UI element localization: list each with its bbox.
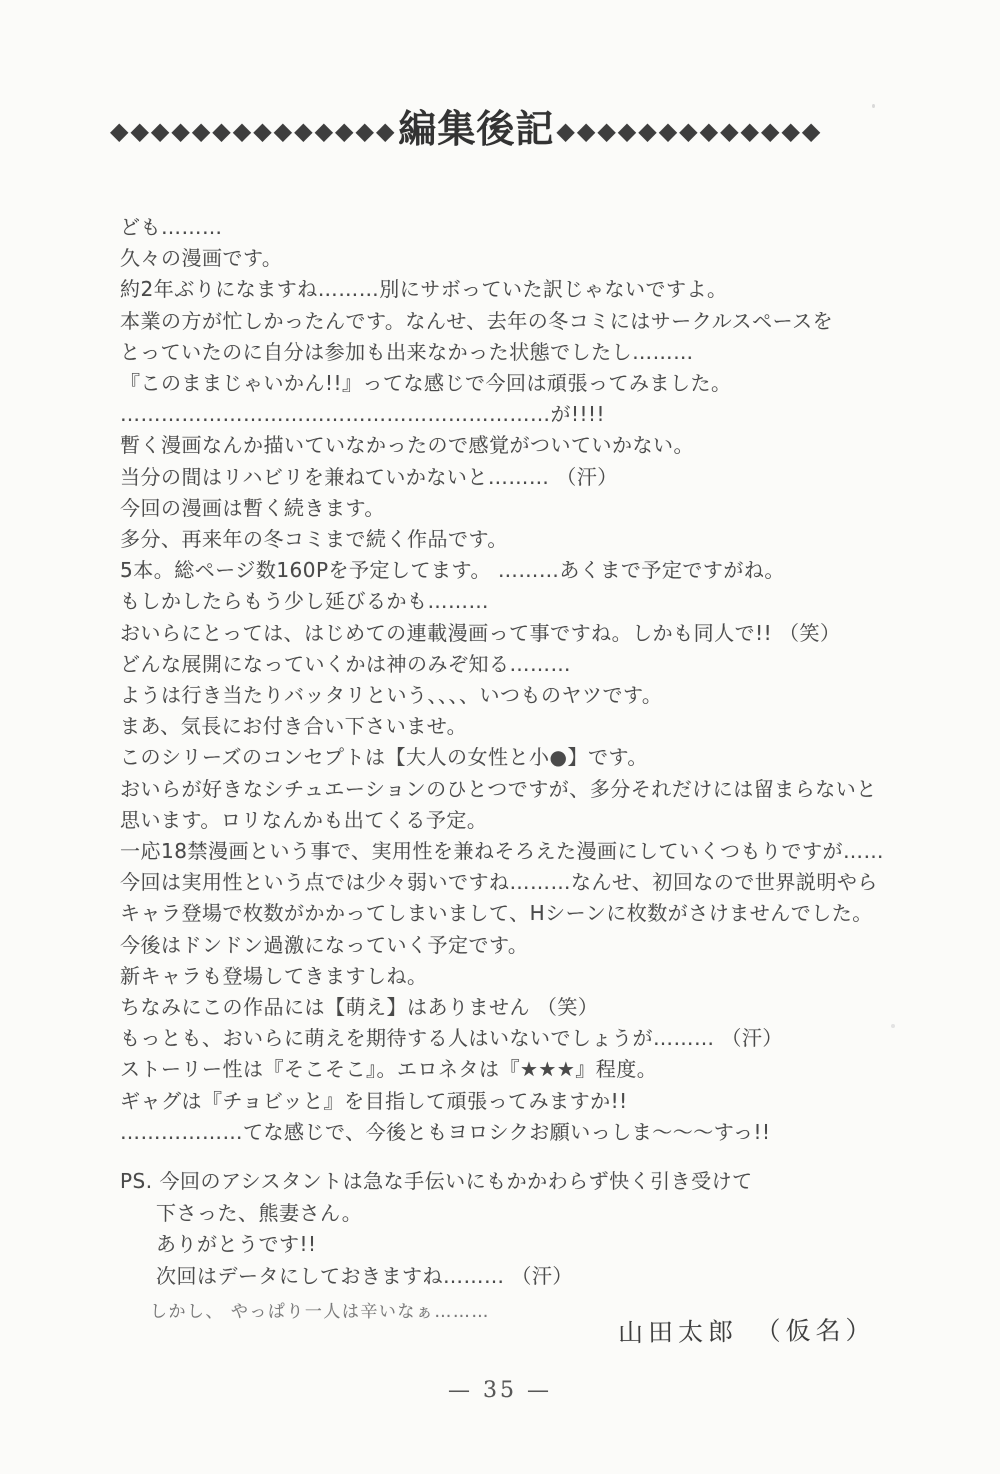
ps-line: 次回はデータにしておきますね……… （汗） (120, 1261, 880, 1293)
text-line: 新キャラも登場してきますしね。 (120, 961, 930, 992)
text-line: ようは行き当たりバッタリという、、、、いつものヤツです。 (120, 680, 930, 711)
afterword-page: ◆◆◆◆◆◆◆◆◆◆◆◆◆◆ 編集後記 ◆◆◆◆◆◆◆◆◆◆◆◆◆ ども……… … (0, 0, 1000, 1474)
text-line: ストーリー性は『そこそこ』。エロネタは『★★★』程度。 (120, 1054, 930, 1085)
afterword-body: ども……… 久々の漫画です。 約2年ぶりになますね………別にサボっていた訳じゃな… (120, 212, 930, 1148)
page-number: — 35 — (0, 1378, 1000, 1403)
text-line: 多分、再来年の冬コミまで続く作品です。 (120, 524, 930, 555)
text-line: もっとも、おいらに萌えを期待する人はいないでしょうが……… （汗） (120, 1023, 930, 1054)
scan-speck (891, 1024, 895, 1028)
text-line: 暫く漫画なんか描いていなかったので感覚がついていかない。 (120, 430, 930, 461)
page-title: 編集後記 (398, 110, 554, 148)
diamond-divider-left: ◆◆◆◆◆◆◆◆◆◆◆◆◆◆ (110, 115, 396, 143)
section-title-row: ◆◆◆◆◆◆◆◆◆◆◆◆◆◆ 編集後記 ◆◆◆◆◆◆◆◆◆◆◆◆◆ (110, 110, 822, 148)
text-line: 一応18禁漫画という事で、実用性を兼ねそろえた漫画にしていくつもりですが…… (120, 836, 930, 867)
postscript-block: PS. 今回のアシスタントは急な手伝いにもかかわらず快く引き受けて 下さった、熊… (120, 1166, 880, 1329)
text-line: どんな展開になっていくかは神のみぞ知る……… (120, 649, 930, 680)
text-line: キャラ登場で枚数がかかってしまいまして、Hシーンに枚数がさけませんでした。 (120, 898, 930, 929)
text-line: 本業の方が忙しかったんです。なんせ、去年の冬コミにはサークルスペースを (120, 306, 930, 337)
text-line: おいらが好きなシチュエーションのひとつですが、多分それだけには留まらないと (120, 774, 930, 805)
text-line: このシリーズのコンセプトは【大人の女性と小●】です。 (120, 742, 930, 773)
text-line: ども……… (120, 212, 930, 243)
text-line: 5本。総ページ数160Pを予定してます。 ………あくまで予定ですがね。 (120, 555, 930, 586)
ps-line: 下さった、熊妻さん。 (120, 1198, 880, 1230)
text-line: まあ、気長にお付き合い下さいませ。 (120, 711, 930, 742)
text-line: ギャグは『チョビッと』を目指して頑張ってみますか!! (120, 1086, 930, 1117)
author-signature: 山田太郎 （仮名） (618, 1311, 876, 1350)
ps-line: ありがとうです!! (120, 1229, 880, 1261)
text-line: 当分の間はリハビリを兼ねていかないと……… （汗） (120, 462, 930, 493)
text-line: とっていたのに自分は参加も出来なかった状態でしたし……… (120, 337, 930, 368)
diamond-divider-right: ◆◆◆◆◆◆◆◆◆◆◆◆◆ (556, 115, 822, 143)
text-line: おいらにとっては、はじめての連載漫画って事ですね。しかも同人で!! （笑） (120, 618, 930, 649)
text-line: 思います。ロリなんかも出てくる予定。 (120, 805, 930, 836)
text-line: 今後はドンドン過激になっていく予定です。 (120, 930, 930, 961)
text-line: 今回は実用性という点では少々弱いですね………なんせ、初回なので世界説明やら (120, 867, 930, 898)
ps-line: PS. 今回のアシスタントは急な手伝いにもかかわらず快く引き受けて (120, 1166, 880, 1198)
text-line: ………………てな感じで、今後ともヨロシクお願いっしま～～～すっ!! (120, 1117, 930, 1148)
scan-speck (872, 104, 875, 108)
text-line: 久々の漫画です。 (120, 243, 930, 274)
text-line: 今回の漫画は暫く続きます。 (120, 493, 930, 524)
text-line: 約2年ぶりになますね………別にサボっていた訳じゃないですよ。 (120, 274, 930, 305)
text-line: もしかしたらもう少し延びるかも……… (120, 586, 930, 617)
text-line: ちなみにこの作品には【萌え】はありません （笑） (120, 992, 930, 1023)
text-line: 『このままじゃいかん!!』ってな感じで今回は頑張ってみました。 (120, 368, 930, 399)
text-line: ………………………………………………………が!!!! (120, 399, 930, 430)
